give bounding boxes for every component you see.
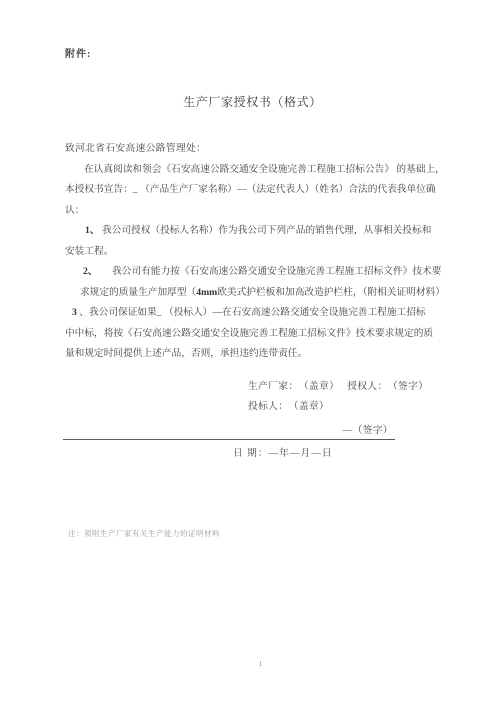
document-page: 附件: 生产厂家授权书（格式） 致河北省石安高速公路管理处： 在认真阅读和领会《… [0,0,500,708]
signature-underline: —（签字） [63,424,395,440]
date-line: 日 期：—年—月—日 [65,444,440,465]
clause-2-line-1: 2、 我公司有能力按《石安高速公路交通安全设施完善工程施工招标文件》技术要 [65,262,440,283]
intro-line-1: 在认真阅读和领会《石安高速公路交通安全设施完善工程施工招标公告》 的基础上， [65,160,440,181]
clause-2-text-pre: 求规定的质量生产加厚型（ [80,287,196,298]
clause-1-line-1: 1、 我公司授权（投标人名称）作为我公司下列产品的销售代理，从事相关投标和 [65,221,440,242]
clause-2-number: 2、 [83,266,93,277]
intro-line-2: 本授权书宣告：_ （产品生产厂家名称）—（法定代表人）（姓名）合法的代表我单位确 [65,180,440,201]
attachment-label: 附件: [65,49,440,61]
signature-bidder-line: 投标人： （盖章） [65,397,440,418]
clause-3-text: 、我公司保证如果_ （投标人）—在石安高速公路交通安全设施完善工程施工招标 [77,307,426,318]
document-title: 生产厂家授权书（格式） [65,95,440,109]
signature-manufacturer-line: 生产厂家： （盖章） 授权人： （签字） [65,377,440,398]
intro-line-3: 认： [65,201,440,222]
clause-3-line-3: 量和规定时间提供上述产品，否则，承担违约连带责任。 [65,344,440,365]
footnote-note: 注：须附生产厂家有关生产能力的证明材料 [65,528,440,540]
clause-1-number: 1、 [85,225,100,236]
signature-sign-label: —（签字） [343,425,393,436]
clause-1-line-2: 安装工程。 [65,242,440,263]
clause-3-line-2: 中中标，将按《石安高速公路交通安全设施完善工程施工招标文件》技术要求规定的质 [65,324,440,345]
clause-3-line-1: 3 、我公司保证如果_ （投标人）—在石安高速公路交通安全设施完善工程施工招标 [65,303,440,324]
clause-2-text: 我公司有能力按《石安高速公路交通安全设施完善工程施工招标文件》技术要 [93,266,442,277]
clause-1-text: 我公司授权（投标人名称）作为我公司下列产品的销售代理，从事相关投标和 [100,225,432,236]
clause-2-line-2: 求规定的质量生产加厚型（4mm欧美式护栏板和加高改造护栏柱，（附相关证明材料） [65,283,440,304]
salutation-line: 致河北省石安高速公路管理处： [65,139,440,160]
page-number: 1 [65,660,440,669]
clause-2-spec-value: 4mm [196,287,217,298]
clause-2-text-post: 欧美式护栏板和加高改造护栏柱，（附相关证明材料） [217,287,445,298]
